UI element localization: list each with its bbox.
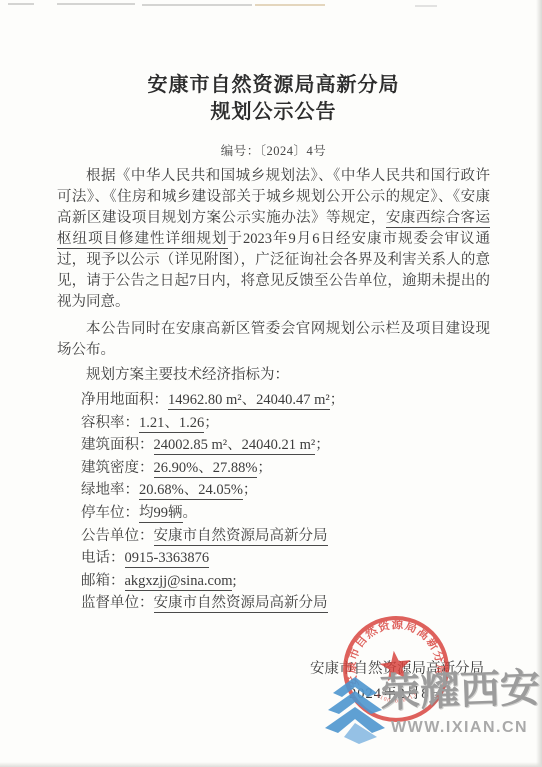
indicator-value: 0915-3363876 — [125, 550, 210, 568]
indicator-value: 安康市自然资源局高新分局 — [154, 528, 328, 546]
scan-artifact — [255, 4, 325, 6]
scan-artifact — [57, 3, 135, 5]
indicator-label: 公告单位： — [81, 528, 154, 544]
scan-edge-bottom — [0, 762, 542, 767]
indicator-row-building-density: 建筑密度：26.90%、27.88%； — [81, 457, 490, 480]
indicator-tail: ; — [232, 573, 236, 589]
indicator-label: 邮箱： — [81, 573, 125, 589]
indicator-tail: 。 — [183, 505, 198, 521]
indicator-row-net-land-area: 净用地面积：14962.80 m²、24040.47 m²； — [81, 389, 490, 412]
indicator-value: 安康市自然资源局高新分局 — [154, 595, 328, 613]
indicator-label: 监督单位： — [81, 595, 154, 611]
indicator-value: akgxzjj@sina.com — [125, 573, 233, 591]
indicator-tail: ； — [257, 460, 272, 476]
paragraph-publish-locations: 本公告同时在安康高新区管委会官网规划公示栏及项目建设现场公布。 — [57, 319, 490, 361]
watermark-url-text: WWW.IXIAN.CN — [391, 719, 528, 737]
scanned-notice-page: 安康市自然资源局高新分局 规划公示公告 编号：〔2024〕4号 根据《中华人民共… — [0, 0, 542, 767]
indicator-row-email: 邮箱：akgxzjj@sina.com; — [81, 570, 490, 593]
indicator-label: 电话： — [81, 550, 125, 566]
scan-artifact — [415, 5, 437, 7]
indicator-row-announcing-unit: 公告单位：安康市自然资源局高新分局 — [81, 525, 490, 548]
indicator-tail: ； — [330, 392, 345, 408]
indicator-row-building-area: 建筑面积：24002.85 m²、24040.21 m²； — [81, 434, 490, 457]
indicator-label: 净用地面积： — [81, 392, 168, 408]
title-line-2: 规划公示公告 — [57, 99, 490, 126]
watermark-brand-text: 荣耀西安 — [379, 666, 540, 716]
paragraph-basis: 根据《中华人民共和国城乡规划法》、《中华人民共和国行政许可法》、《住房和城乡建设… — [57, 166, 490, 313]
document-content: 安康市自然资源局高新分局 规划公示公告 编号：〔2024〕4号 根据《中华人民共… — [57, 72, 490, 615]
indicator-row-plot-ratio: 容积率：1.21、1.26； — [81, 412, 490, 435]
indicator-tail: ； — [243, 482, 258, 498]
indicator-row-green-ratio: 绿地率：20.68%、24.05%； — [81, 479, 490, 502]
title-line-1: 安康市自然资源局高新分局 — [57, 72, 490, 99]
indicator-value: 14962.80 m²、24040.47 m² — [168, 392, 330, 410]
indicator-tail: ； — [315, 437, 330, 453]
scan-artifact — [142, 4, 252, 6]
indicator-list: 净用地面积：14962.80 m²、24040.47 m²； 容积率：1.21、… — [81, 389, 490, 615]
indicator-label: 停车位： — [81, 505, 139, 521]
indicator-value: 26.90%、27.88% — [154, 460, 258, 478]
indicator-label: 建筑密度： — [81, 460, 154, 476]
scan-artifact — [8, 3, 34, 5]
indicator-value: 20.68%、24.05% — [139, 482, 243, 500]
indicator-tail: ； — [204, 415, 219, 431]
page-title: 安康市自然资源局高新分局 规划公示公告 — [57, 72, 490, 126]
scan-edge-right — [536, 0, 542, 767]
indicators-heading: 规划方案主要技术经济指标为： — [57, 365, 490, 386]
indicator-value: 均99辆 — [139, 505, 183, 523]
doc-number: 编号：〔2024〕4号 — [57, 141, 490, 159]
ixian-tower-logo-icon — [325, 676, 385, 746]
indicator-value: 1.21、1.26 — [139, 415, 204, 433]
indicator-value: 24002.85 m²、24040.21 m² — [154, 437, 316, 455]
indicator-label: 容积率： — [81, 415, 139, 431]
indicator-row-phone: 电话：0915-3363876 — [81, 547, 490, 570]
indicator-label: 绿地率： — [81, 482, 139, 498]
indicator-row-parking: 停车位：均99辆。 — [81, 502, 490, 525]
indicator-label: 建筑面积： — [81, 437, 154, 453]
